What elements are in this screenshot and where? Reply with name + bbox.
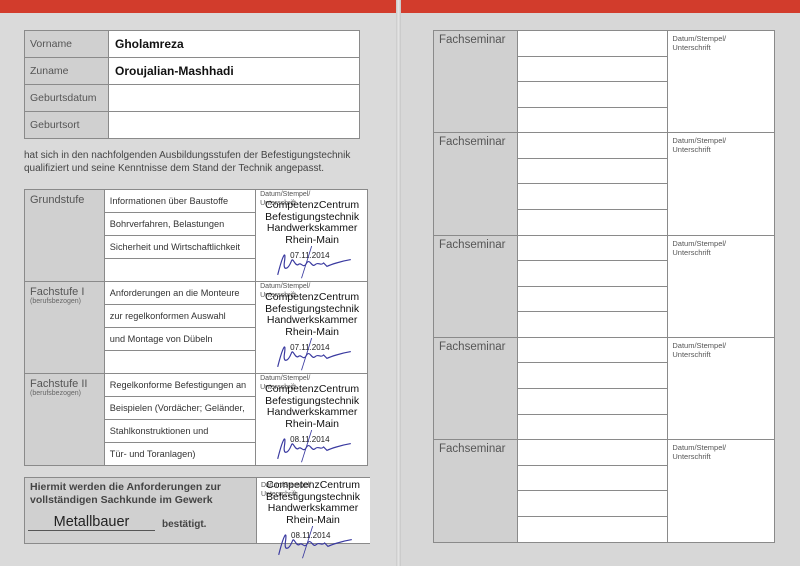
confirmation-text: Hiermit werden die Anforderungen zur vol… [30,481,221,507]
seminar-content-row[interactable] [517,465,668,491]
seminar-table: FachseminarDatum/Stempel/Unterschrift [433,30,775,133]
stage-stamp-cell[interactable]: Datum/Stempel/UnterschriftCompetenzCentr… [256,282,368,374]
seminar-row: FachseminarDatum/Stempel/Unterschrift [434,337,775,363]
stage-label: Fachstufe I(berufsbezogen) [25,282,105,374]
stage-stamp-cell[interactable]: Datum/Stempel/UnterschriftCompetenzCentr… [256,190,368,282]
seminar-content-row[interactable] [517,107,668,133]
seminar-label: Fachseminar [434,337,518,439]
field-label: Zuname [25,58,109,85]
field-label: Geburtsdatum [25,85,109,112]
seminar-table: FachseminarDatum/Stempel/Unterschrift [433,235,775,338]
seminar-content-row[interactable] [517,286,668,312]
seminar-content-row[interactable] [517,158,668,184]
confirmed-label: bestätigt. [162,519,206,530]
seminar-content-row[interactable] [517,82,668,108]
seminar-label: Fachseminar [434,235,518,337]
seminar-content-row[interactable] [517,491,668,517]
seminar-row: FachseminarDatum/Stempel/Unterschrift [434,31,775,57]
seminar-table: FachseminarDatum/Stempel/Unterschrift [433,439,775,542]
stage-content-row[interactable]: zur regelkonformen Auswahl [104,305,255,328]
stage-sublabel: (berufsbezogen) [30,298,104,305]
signature-icon [264,338,356,372]
training-stages-table: GrundstufeInformationen über BaustoffeDa… [24,189,368,466]
header-bar-right [401,0,800,13]
seminar-label: Fachseminar [434,440,518,542]
seminar-table: FachseminarDatum/Stempel/Unterschrift [433,337,775,440]
stage-content-row[interactable]: und Montage von Dübeln [104,328,255,351]
confirmation-line-2: vollständigen Sachkunde im Gewerk [30,494,221,507]
final-confirmation-box: Hiermit werden die Anforderungen zur vol… [24,477,370,544]
signature-icon [264,430,356,464]
trade-field[interactable]: Metallbauer [28,514,155,531]
stamp-header: Datum/Stempel/Unterschrift [672,341,726,359]
stage-content-row[interactable]: Tür- und Toranlagen) [104,443,255,466]
seminar-stamp-cell[interactable]: Datum/Stempel/Unterschrift [668,337,775,439]
seminar-stamp-cell[interactable]: Datum/Stempel/Unterschrift [668,235,775,337]
stage-label: Fachstufe II(berufsbezogen) [25,374,105,466]
stage-label: Grundstufe [25,190,105,282]
field-row-zuname: Zuname Oroujalian-Mashhadi [25,58,360,85]
seminar-label: Fachseminar [434,133,518,235]
stage-sublabel: (berufsbezogen) [30,390,104,397]
field-row-geburtsort: Geburtsort [25,112,360,139]
stage-stamp-cell[interactable]: Datum/Stempel/UnterschriftCompetenzCentr… [256,374,368,466]
seminar-content-row[interactable] [517,440,668,466]
stage-content-row[interactable]: Beispielen (Vordächer; Geländer, [104,397,255,420]
stage-content-row[interactable] [104,351,255,374]
stage-content-row[interactable]: Anforderungen an die Monteure [104,282,255,305]
field-row-vorname: Vorname Gholamreza [25,31,360,58]
signature-icon [265,526,357,560]
seminar-content-row[interactable] [517,56,668,82]
seminar-content-row[interactable] [517,235,668,261]
seminar-content-row[interactable] [517,414,668,440]
stamp-text: CompetenzCentrumBefestigungstechnikHandw… [256,292,368,338]
seminar-content-row[interactable] [517,363,668,389]
stage-content-row[interactable]: Informationen über Baustoffe [104,190,255,213]
intro-text: hat sich in den nachfolgenden Ausbildung… [24,150,374,175]
seminar-label: Fachseminar [434,31,518,133]
geburtsdatum-field[interactable] [109,85,360,112]
seminar-row: FachseminarDatum/Stempel/Unterschrift [434,235,775,261]
seminar-content-row[interactable] [517,312,668,338]
seminar-content-row[interactable] [517,261,668,287]
seminar-content-row[interactable] [517,389,668,415]
stamp-header: Datum/Stempel/Unterschrift [672,239,726,257]
signature-icon [264,246,356,280]
confirmation-line-1: Hiermit werden die Anforderungen zur [30,481,221,494]
seminar-stamp-cell[interactable]: Datum/Stempel/Unterschrift [668,133,775,235]
seminar-content-row[interactable] [517,337,668,363]
seminar-content-row[interactable] [517,210,668,236]
field-label: Geburtsort [25,112,109,139]
stamp-text: CompetenzCentrumBefestigungstechnikHandw… [256,200,368,246]
seminar-table: FachseminarDatum/Stempel/Unterschrift [433,132,775,235]
stage-content-row[interactable]: Bohrverfahren, Belastungen [104,213,255,236]
seminar-content-row[interactable] [517,184,668,210]
stage-row: GrundstufeInformationen über BaustoffeDa… [25,190,368,213]
seminar-stamp-cell[interactable]: Datum/Stempel/Unterschrift [668,31,775,133]
stage-content-row[interactable]: Sicherheit und Wirtschaftlichkeit [104,236,255,259]
stage-row: Fachstufe II(berufsbezogen)Regelkonforme… [25,374,368,397]
seminar-row: FachseminarDatum/Stempel/Unterschrift [434,133,775,159]
seminar-row: FachseminarDatum/Stempel/Unterschrift [434,440,775,466]
stage-content-row[interactable]: Stahlkonstruktionen und [104,420,255,443]
zuname-field[interactable]: Oroujalian-Mashhadi [109,58,360,85]
seminar-content-row[interactable] [517,516,668,542]
stamp-header: Datum/Stempel/Unterschrift [672,34,726,52]
stage-content-row[interactable] [104,259,255,282]
header-bar-left [0,0,396,13]
final-stamp-cell[interactable]: Datum/Stempel/UnterschriftCompetenzCentr… [256,478,370,543]
stamp-text: CompetenzCentrumBefestigungstechnikHandw… [257,480,369,526]
field-row-geburtsdatum: Geburtsdatum [25,85,360,112]
field-label: Vorname [25,31,109,58]
vorname-field[interactable]: Gholamreza [109,31,360,58]
stamp-header: Datum/Stempel/Unterschrift [672,136,726,154]
geburtsort-field[interactable] [109,112,360,139]
seminar-stamp-cell[interactable]: Datum/Stempel/Unterschrift [668,440,775,542]
stamp-header: Datum/Stempel/Unterschrift [672,443,726,461]
seminar-content-row[interactable] [517,133,668,159]
page-fold [396,0,401,566]
stage-row: Fachstufe I(berufsbezogen)Anforderungen … [25,282,368,305]
seminar-content-row[interactable] [517,31,668,57]
stage-content-row[interactable]: Regelkonforme Befestigungen an [104,374,255,397]
personal-data-table: Vorname Gholamreza Zuname Oroujalian-Mas… [24,30,360,139]
stamp-text: CompetenzCentrumBefestigungstechnikHandw… [256,384,368,430]
